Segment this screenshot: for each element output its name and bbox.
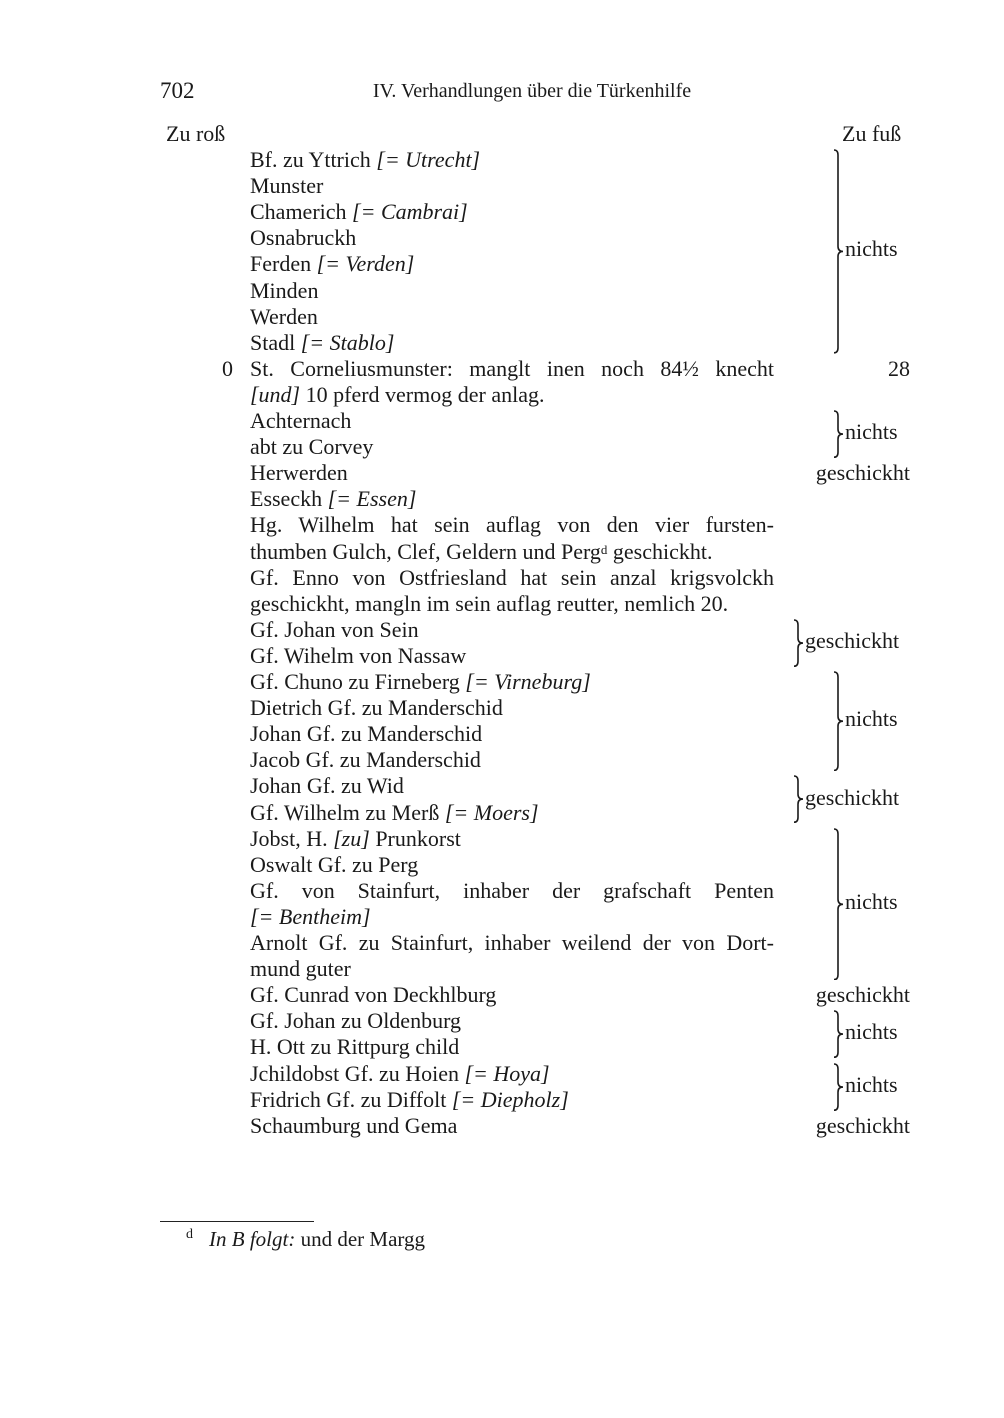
entry-line: [= Bentheim] xyxy=(250,904,371,930)
column-head-zu-ross: Zu roß xyxy=(166,121,225,147)
entry-line: thumben Gulch, Clef, Geldern und Pergd g… xyxy=(250,539,713,565)
curly-brace-icon xyxy=(832,828,846,981)
entry-text: Oswalt Gf. zu Perg xyxy=(250,852,418,877)
entry-line: Gf. Wilhelm zu Merß [= Moers] xyxy=(250,800,539,826)
entry-text: thumben Gulch, Clef, Geldern und Perg xyxy=(250,539,601,564)
entry-text: Jobst, H. xyxy=(250,826,333,851)
editorial-gloss: [= Verden] xyxy=(317,251,415,276)
entry-text: Fridrich Gf. zu Diffolt xyxy=(250,1087,452,1112)
entry-text: Munster xyxy=(250,173,323,198)
entry-line: geschickht, mangln im sein auflag reutte… xyxy=(250,591,728,617)
editorial-gloss: [= Diepholz] xyxy=(452,1087,569,1112)
brace-label: nichts xyxy=(845,1019,898,1045)
entry-text: Gf. Chuno zu Firneberg xyxy=(250,669,465,694)
footnote: dIn B folgt: und der Margg xyxy=(186,1227,425,1252)
entry-line: Gf. Johan von Sein xyxy=(250,617,419,643)
entry-text: Schaumburg und Gema xyxy=(250,1113,457,1138)
entry-text: Gf. Johan zu Oldenburg xyxy=(250,1008,461,1033)
fuss-value: 28 xyxy=(710,356,910,382)
entry-line: Gf. von Stainfurt, inhaber der grafschaf… xyxy=(250,878,774,904)
curly-brace-icon xyxy=(832,149,846,354)
entry-line: Gf. Enno von Ostfriesland hat sein anzal… xyxy=(250,565,774,591)
entry-text: geschickht, mangln im sein auflag reutte… xyxy=(250,591,728,616)
brace-label: nichts xyxy=(845,236,898,262)
brace-label: nichts xyxy=(845,889,898,915)
entry-line: Schaumburg und Gema xyxy=(250,1113,457,1139)
brace-label: nichts xyxy=(845,1072,898,1098)
curly-brace-icon xyxy=(832,1063,846,1111)
brace-label: nichts xyxy=(845,706,898,732)
footnote-italic: In B folgt: xyxy=(209,1227,295,1251)
fuss-value: geschickht xyxy=(710,982,910,1008)
entry-text: Gf. Johan von Sein xyxy=(250,617,419,642)
entry-text: Osnabruckh xyxy=(250,225,356,250)
editorial-gloss: [= Virneburg] xyxy=(465,669,590,694)
footnote-reference: d xyxy=(601,542,608,557)
entry-text: St. Corneliusmunster: manglt inen noch 8… xyxy=(250,356,774,381)
entry-line: Jobst, H. [zu] Prunkorst xyxy=(250,826,461,852)
curly-brace-icon xyxy=(832,410,846,458)
entry-line: Esseckh [= Essen] xyxy=(250,486,416,512)
curly-brace-icon xyxy=(792,775,806,823)
entry-text: Jchildobst Gf. zu Hoien xyxy=(250,1061,464,1086)
entry-text: Dietrich Gf. zu Manderschid xyxy=(250,695,503,720)
entry-text: Achternach xyxy=(250,408,351,433)
entry-line: Achternach xyxy=(250,408,351,434)
fuss-value: geschickht xyxy=(710,460,910,486)
entry-text: Werden xyxy=(250,304,318,329)
curly-brace-icon xyxy=(792,619,806,667)
ross-value: 0 xyxy=(222,356,233,382)
entry-line: Minden xyxy=(250,278,318,304)
entry-line: Gf. Chuno zu Firneberg [= Virneburg] xyxy=(250,669,591,695)
entry-line: abt zu Corvey xyxy=(250,434,373,460)
entry-text: mund guter xyxy=(250,956,351,981)
editorial-gloss: [= Moers] xyxy=(445,800,539,825)
entry-text: Johan Gf. zu Manderschid xyxy=(250,721,482,746)
curly-brace-icon xyxy=(832,1010,846,1058)
entry-text: Ferden xyxy=(250,251,317,276)
entry-line: mund guter xyxy=(250,956,351,982)
editorial-gloss: [= Utrecht] xyxy=(376,147,480,172)
entry-line: Chamerich [= Cambrai] xyxy=(250,199,468,225)
entry-text: geschickht. xyxy=(607,539,712,564)
entry-line: [und] 10 pferd vermog der anlag. xyxy=(250,382,544,408)
entry-text: Gf. von Stainfurt, inhaber der grafschaf… xyxy=(250,878,774,903)
entry-text: Johan Gf. zu Wid xyxy=(250,773,404,798)
entry-line: Jacob Gf. zu Manderschid xyxy=(250,747,481,773)
running-head: IV. Verhandlungen über die Türkenhilfe xyxy=(0,80,1004,103)
entry-text: Herwerden xyxy=(250,460,348,485)
editorial-gloss: [= Essen] xyxy=(328,486,417,511)
brace-label: geschickht xyxy=(805,628,899,654)
entry-text: 10 pferd vermog der anlag. xyxy=(300,382,544,407)
entry-line: Osnabruckh xyxy=(250,225,356,251)
entry-line: Johan Gf. zu Wid xyxy=(250,773,404,799)
entry-line: Ferden [= Verden] xyxy=(250,251,414,277)
entry-line: Werden xyxy=(250,304,318,330)
entry-text: Jacob Gf. zu Manderschid xyxy=(250,747,481,772)
entry-text: Gf. Enno von Ostfriesland hat sein anzal… xyxy=(250,565,774,590)
entry-line: Dietrich Gf. zu Manderschid xyxy=(250,695,503,721)
editorial-gloss: [= Hoya] xyxy=(464,1061,549,1086)
brace-label: nichts xyxy=(845,419,898,445)
entry-text: Chamerich xyxy=(250,199,352,224)
entry-line: Arnolt Gf. zu Stainfurt, inhaber weilend… xyxy=(250,930,774,956)
entry-text: Esseckh xyxy=(250,486,328,511)
editorial-gloss: [= Stablo] xyxy=(301,330,395,355)
entry-text: Stadl xyxy=(250,330,301,355)
entry-line: Gf. Johan zu Oldenburg xyxy=(250,1008,461,1034)
editorial-gloss: [= Cambrai] xyxy=(352,199,468,224)
entry-line: Herwerden xyxy=(250,460,348,486)
entry-text: Bf. zu Yttrich xyxy=(250,147,376,172)
entry-line: St. Corneliusmunster: manglt inen noch 8… xyxy=(250,356,774,382)
column-head-zu-fuss: Zu fuß xyxy=(842,121,901,147)
entry-text: Arnolt Gf. zu Stainfurt, inhaber weilend… xyxy=(250,930,774,955)
footnote-text: und der Margg xyxy=(295,1227,425,1251)
brace-label: geschickht xyxy=(805,785,899,811)
entry-text: H. Ott zu Rittpurg child xyxy=(250,1034,459,1059)
entry-line: Oswalt Gf. zu Perg xyxy=(250,852,418,878)
editorial-gloss: [zu] xyxy=(333,826,370,851)
footnote-rule xyxy=(160,1221,314,1222)
entry-line: Hg. Wilhelm hat sein auflag von den vier… xyxy=(250,512,774,538)
entry-text: Prunkorst xyxy=(370,826,461,851)
entry-line: Bf. zu Yttrich [= Utrecht] xyxy=(250,147,480,173)
entry-text: abt zu Corvey xyxy=(250,434,373,459)
editorial-gloss: [= Bentheim] xyxy=(250,904,371,929)
entry-line: Fridrich Gf. zu Diffolt [= Diepholz] xyxy=(250,1087,569,1113)
footnote-mark: d xyxy=(186,1227,193,1242)
entry-line: Johan Gf. zu Manderschid xyxy=(250,721,482,747)
entry-line: Gf. Cunrad von Deckhlburg xyxy=(250,982,496,1008)
entry-line: H. Ott zu Rittpurg child xyxy=(250,1034,459,1060)
editorial-gloss: [und] xyxy=(250,382,300,407)
entry-text: Gf. Cunrad von Deckhlburg xyxy=(250,982,496,1007)
entry-text: Gf. Wihelm von Nassaw xyxy=(250,643,466,668)
entry-text: Gf. Wilhelm zu Merß xyxy=(250,800,445,825)
entry-text: Hg. Wilhelm hat sein auflag von den vier… xyxy=(250,512,774,537)
entry-text: Minden xyxy=(250,278,318,303)
entry-line: Gf. Wihelm von Nassaw xyxy=(250,643,466,669)
entry-line: Jchildobst Gf. zu Hoien [= Hoya] xyxy=(250,1061,550,1087)
curly-brace-icon xyxy=(832,671,846,771)
entry-line: Munster xyxy=(250,173,323,199)
entry-line: Stadl [= Stablo] xyxy=(250,330,394,356)
fuss-value: geschickht xyxy=(710,1113,910,1139)
